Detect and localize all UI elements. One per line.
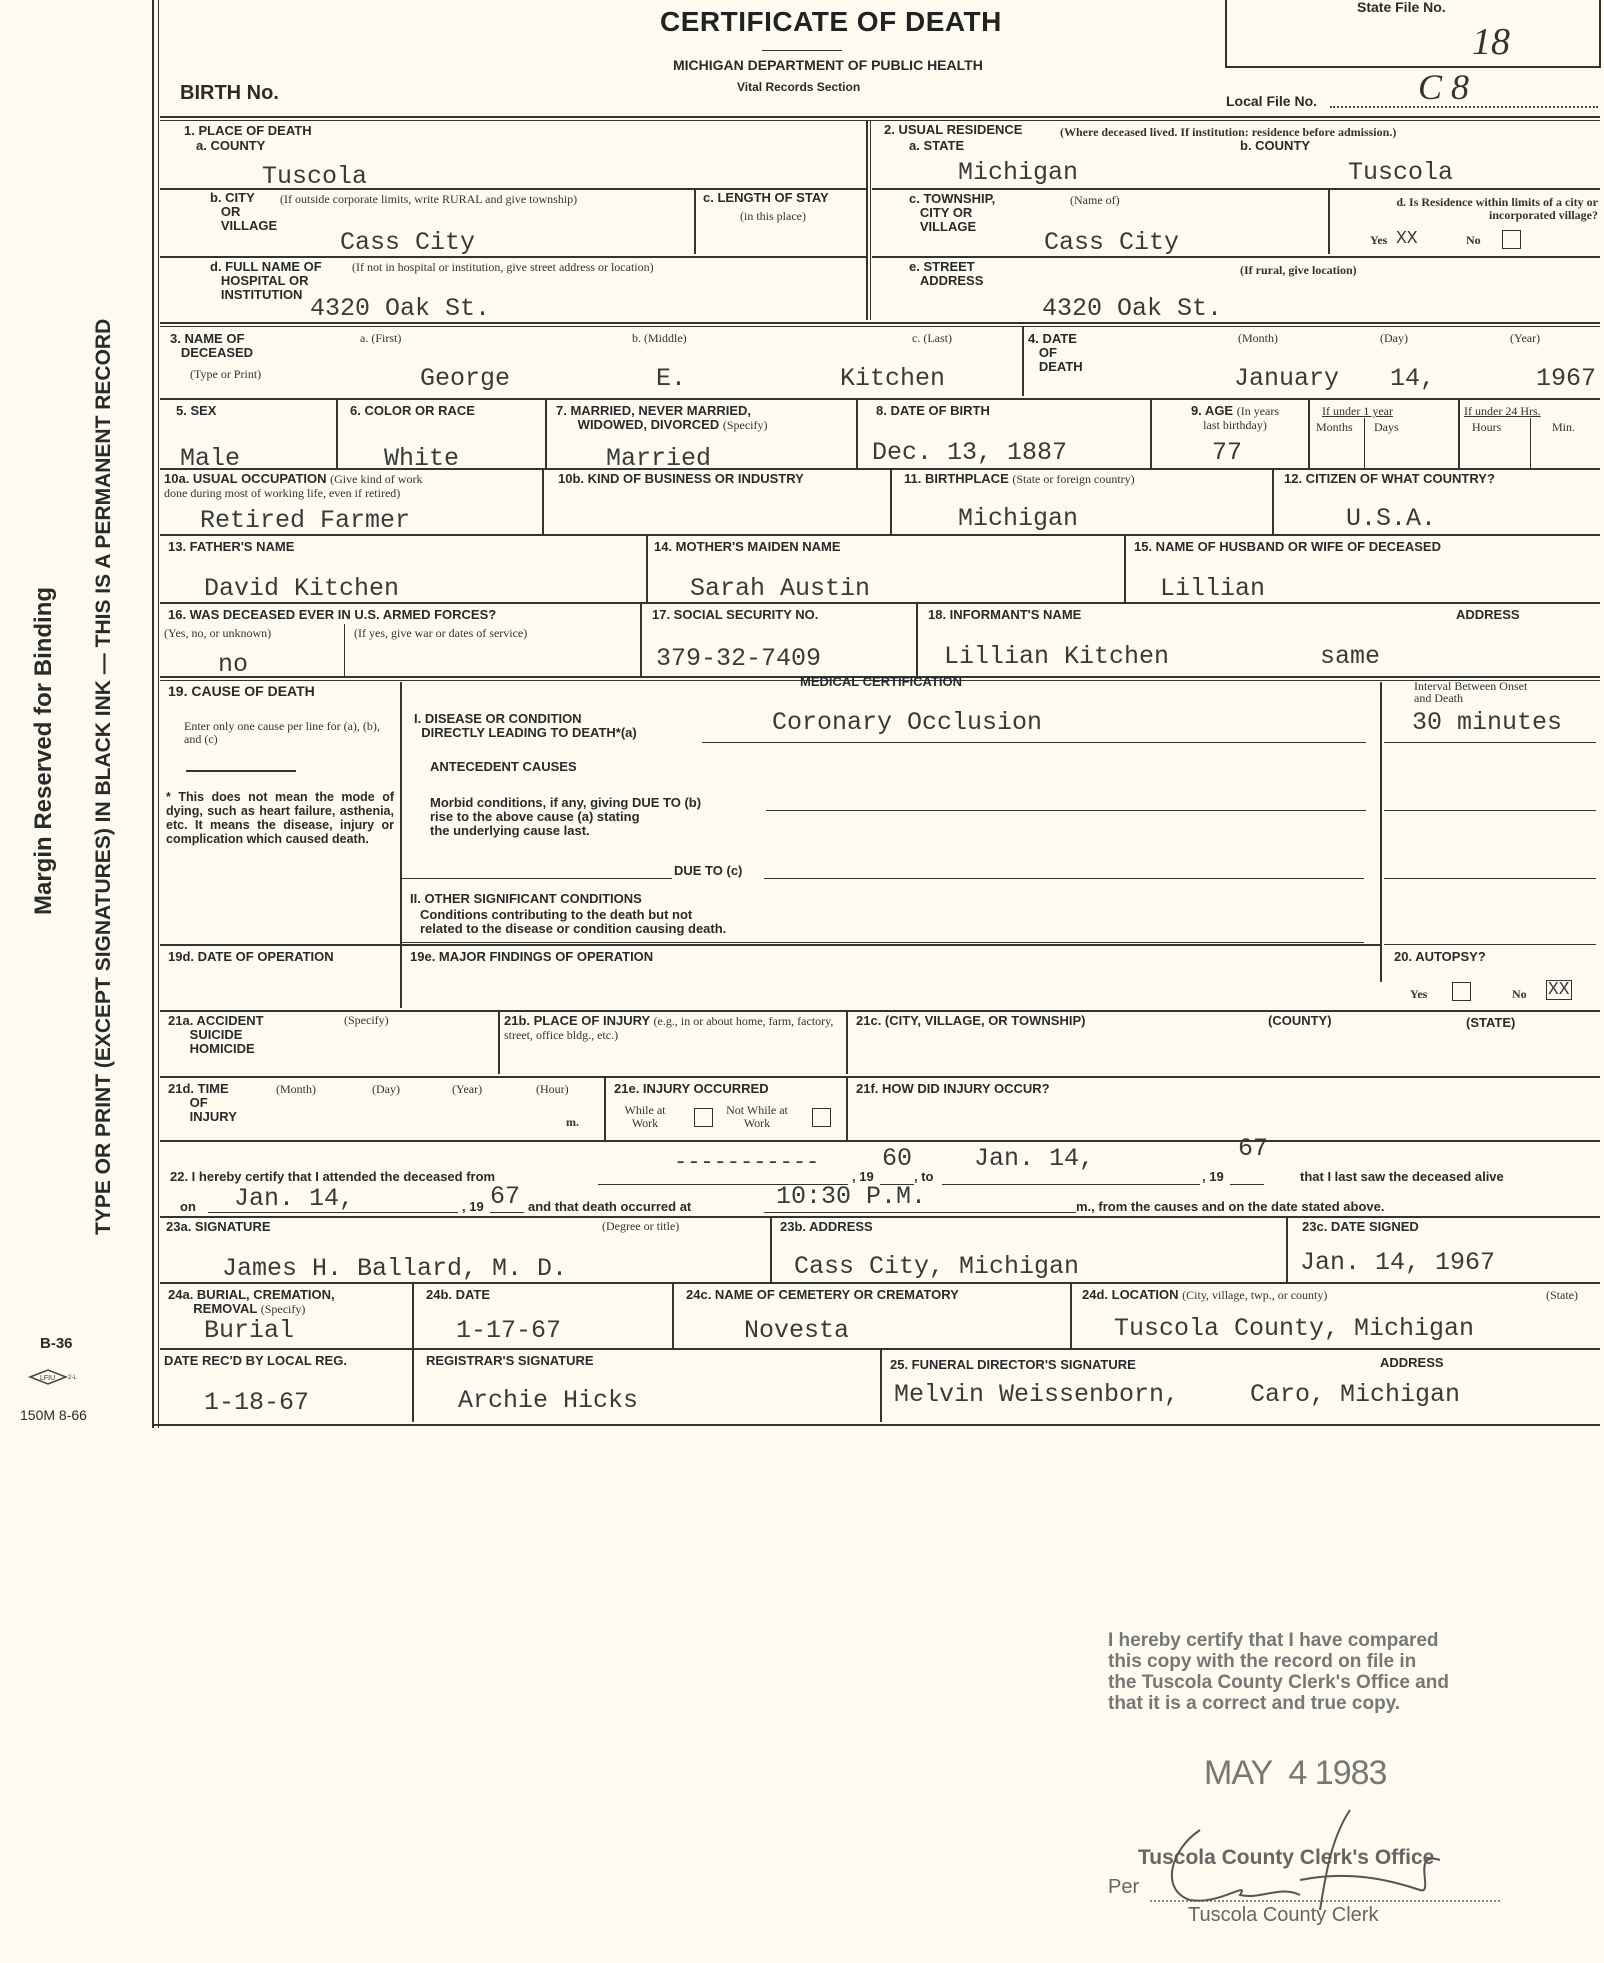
occupation-value[interactable]: Retired Farmer: [200, 508, 410, 534]
res-county-value[interactable]: Tuscola: [1348, 160, 1453, 186]
signature-label: 23a. SIGNATURE: [166, 1220, 271, 1234]
res-street-value[interactable]: 4320 Oak St.: [1042, 296, 1222, 322]
father-value[interactable]: David Kitchen: [204, 576, 399, 602]
date-signed-label: 23c. DATE SIGNED: [1302, 1220, 1419, 1234]
res-township-label: c. TOWNSHIP, CITY OR VILLAGE: [909, 192, 1019, 234]
attended-statement: 22. I hereby certify that I attended the…: [170, 1170, 495, 1184]
date-received-value[interactable]: 1-18-67: [204, 1390, 309, 1416]
attended-to-year[interactable]: 67: [1238, 1136, 1268, 1162]
usual-residence-label: 2. USUAL RESIDENCE: [884, 123, 1022, 137]
dod-day-label: (Day): [1380, 332, 1408, 345]
res-county-label: b. COUNTY: [1240, 139, 1310, 153]
death-city-label: b. CITY OR VILLAGE: [210, 191, 270, 233]
cemetery-value[interactable]: Novesta: [744, 1318, 849, 1344]
svg-text:LFIU: LFIU: [40, 1375, 55, 1382]
nineteen-last: , 19: [462, 1200, 484, 1214]
county-label: a. COUNTY: [196, 139, 265, 153]
citizen-label: 12. CITIZEN OF WHAT COUNTRY?: [1284, 472, 1495, 486]
res-street-label: e. STREET ADDRESS: [909, 260, 1019, 288]
location-value[interactable]: Tuscola County, Michigan: [1114, 1316, 1474, 1342]
union-label-icon: LFIU2-L: [28, 1367, 78, 1387]
race-label: 6. COLOR OR RACE: [350, 404, 475, 418]
months-label: Months: [1316, 421, 1353, 434]
dob-label: 8. DATE OF BIRTH: [876, 404, 990, 418]
dod-month-value[interactable]: January: [1234, 366, 1339, 392]
medical-certification-heading: MEDICAL CERTIFICATION: [800, 675, 962, 689]
not-while-at-work-checkbox[interactable]: [812, 1108, 831, 1127]
death-city-value[interactable]: Cass City: [340, 230, 475, 256]
injury-county-label: (COUNTY): [1268, 1014, 1332, 1028]
spouse-label: 15. NAME OF HUSBAND OR WIFE OF DECEASED: [1134, 540, 1441, 554]
injury-m-label: m.: [566, 1116, 579, 1129]
within-limits-yes-label: Yes: [1370, 234, 1387, 247]
under-24-label: If under 24 Hrs.: [1464, 405, 1541, 418]
injury-hour-label: (Hour): [536, 1083, 569, 1096]
location-label: 24d. LOCATION (City, village, twp., or c…: [1082, 1288, 1327, 1302]
date-signed-value[interactable]: Jan. 14, 1967: [1300, 1250, 1495, 1276]
print-run: 150M 8-66: [20, 1408, 87, 1422]
res-township-note: (Name of): [1070, 194, 1120, 207]
age-value[interactable]: 77: [1212, 440, 1242, 466]
cause-of-death-label: 19. CAUSE OF DEATH: [168, 684, 315, 698]
first-name-label: a. (First): [360, 332, 401, 345]
funeral-director-value[interactable]: Melvin Weissenborn,: [894, 1382, 1179, 1408]
department-name: MICHIGAN DEPARTMENT OF PUBLIC HEALTH: [673, 58, 983, 72]
sex-label: 5. SEX: [176, 404, 216, 418]
dod-year-value[interactable]: 1967: [1536, 366, 1596, 392]
location-state-note: (State): [1546, 1289, 1578, 1302]
section-name: Vital Records Section: [737, 80, 860, 94]
last-seen-year[interactable]: 67: [490, 1184, 520, 1210]
injury-city-label: 21c. (CITY, VILLAGE, OR TOWNSHIP): [856, 1014, 1085, 1028]
mother-value[interactable]: Sarah Austin: [690, 576, 870, 602]
accident-label: 21a. ACCIDENT SUICIDE HOMICIDE: [168, 1014, 264, 1056]
death-city-note: (If outside corporate limits, write RURA…: [280, 193, 680, 206]
physician-address-label: 23b. ADDRESS: [780, 1220, 873, 1234]
while-at-work-checkbox[interactable]: [694, 1108, 713, 1127]
causes-statement: m., from the causes and on the date stat…: [1076, 1200, 1384, 1214]
days-label: Days: [1374, 421, 1399, 434]
degree-label: (Degree or title): [602, 1220, 679, 1233]
injury-state-label: (STATE): [1466, 1016, 1515, 1030]
death-time-value[interactable]: 10:30 P.M.: [776, 1184, 926, 1210]
dob-value[interactable]: Dec. 13, 1887: [872, 440, 1067, 466]
registrar-value[interactable]: Archie Hicks: [458, 1388, 638, 1414]
registrar-label: REGISTRAR'S SIGNATURE: [426, 1354, 594, 1368]
middle-name-label: b. (Middle): [632, 332, 687, 345]
date-received-label: DATE REC'D BY LOCAL REG.: [164, 1354, 347, 1368]
autopsy-label: 20. AUTOPSY?: [1394, 950, 1486, 964]
injury-occurred-label: 21e. INJURY OCCURRED: [614, 1082, 769, 1096]
last-saw-statement: that I last saw the deceased alive: [1300, 1170, 1504, 1184]
how-injury-label: 21f. HOW DID INJURY OCCUR?: [856, 1082, 1050, 1096]
state-file-label: State File No.: [1357, 0, 1446, 14]
due-to-c-label: DUE TO (c): [674, 864, 742, 878]
business-label: 10b. KIND OF BUSINESS OR INDUSTRY: [558, 472, 804, 486]
nineteen-to: , 19: [1202, 1170, 1224, 1184]
dod-month-label: (Month): [1238, 332, 1278, 345]
ssn-label: 17. SOCIAL SECURITY NO.: [652, 608, 818, 622]
antecedent-label: ANTECEDENT CAUSES: [430, 760, 577, 774]
cemetery-label: 24c. NAME OF CEMETERY OR CREMATORY: [686, 1288, 959, 1302]
attended-from-date[interactable]: -----------: [674, 1150, 819, 1176]
physician-address-value[interactable]: Cass City, Michigan: [794, 1254, 1079, 1280]
attended-from-year[interactable]: 60: [882, 1146, 912, 1172]
injury-place-label: 21b. PLACE OF INJURY (e.g., in or about …: [504, 1014, 844, 1042]
cause-footnote: * This does not mean the mode of dying, …: [166, 790, 394, 846]
under-year-label: If under 1 year: [1322, 405, 1393, 418]
cause-a-value[interactable]: Coronary Occlusion: [772, 710, 1042, 736]
injury-month-label: (Month): [276, 1083, 316, 1096]
autopsy-yes-label: Yes: [1410, 988, 1427, 1001]
injury-time-label: 21d. TIME OF INJURY: [168, 1082, 237, 1124]
other-conditions-label: II. OTHER SIGNIFICANT CONDITIONS: [410, 892, 642, 906]
marital-label: 7. MARRIED, NEVER MARRIED, WIDOWED, DIVO…: [556, 404, 856, 432]
place-of-death-label: 1. PLACE OF DEATH: [184, 124, 312, 138]
informant-value[interactable]: Lillian Kitchen: [944, 644, 1169, 670]
armed-forces-note2: (If yes, give war or dates of service): [354, 627, 527, 640]
deceased-name-label: 3. NAME OF DECEASED: [170, 332, 280, 360]
father-label: 13. FATHER'S NAME: [168, 540, 294, 554]
birthplace-value[interactable]: Michigan: [958, 506, 1078, 532]
birth-no-label: BIRTH No.: [180, 82, 279, 104]
document-title: CERTIFICATE OF DEATH: [660, 6, 1002, 38]
burial-label: 24a. BURIAL, CREMATION, REMOVAL (Specify…: [168, 1288, 408, 1316]
within-limits-label: d. Is Residence within limits of a city …: [1336, 196, 1598, 222]
interval-a-value[interactable]: 30 minutes: [1412, 710, 1562, 736]
informant-address-label: ADDRESS: [1456, 608, 1520, 622]
not-while-at-work-label: Not While at Work: [722, 1104, 792, 1130]
informant-label: 18. INFORMANT'S NAME: [928, 608, 1081, 622]
first-name-value[interactable]: George: [420, 366, 510, 392]
usual-residence-note: (Where deceased lived. If institution: r…: [1060, 126, 1396, 139]
length-of-stay-label: c. LENGTH OF STAY: [703, 191, 863, 205]
burial-date-value[interactable]: 1-17-67: [456, 1318, 561, 1344]
informant-address-value[interactable]: same: [1320, 644, 1380, 670]
dod-year-label: (Year): [1510, 332, 1540, 345]
injury-year-label: (Year): [452, 1083, 482, 1096]
while-at-work-label: While at Work: [616, 1104, 674, 1130]
per-label: Per: [1108, 1876, 1139, 1899]
armed-forces-value[interactable]: no: [218, 652, 248, 678]
funeral-director-label: 25. FUNERAL DIRECTOR'S SIGNATURE: [890, 1358, 1136, 1372]
age-label: 9. AGE (In yearslast birthday): [1160, 404, 1310, 432]
date-of-death-label: 4. DATE OF DEATH: [1028, 332, 1088, 374]
death-occurred-statement: and that death occurred at: [528, 1200, 691, 1214]
hospital-note: (If not in hospital or institution, give…: [352, 261, 654, 274]
hospital-value[interactable]: 4320 Oak St.: [310, 296, 490, 322]
min-label: Min.: [1552, 421, 1575, 434]
last-seen-date[interactable]: Jan. 14,: [234, 1186, 354, 1212]
citizen-value[interactable]: U.S.A.: [1346, 506, 1436, 532]
physician-signature[interactable]: James H. Ballard, M. D.: [222, 1256, 567, 1282]
occupation-label: 10a. USUAL OCCUPATION (Give kind of work…: [164, 472, 544, 500]
armed-forces-note1: (Yes, no, or unknown): [164, 627, 271, 640]
type-or-print-note: (Type or Print): [190, 368, 261, 381]
within-limits-no-label: No: [1466, 234, 1481, 247]
funeral-address-value[interactable]: Caro, Michigan: [1250, 1382, 1460, 1408]
burial-date-label: 24b. DATE: [426, 1288, 490, 1302]
svg-text:2-L: 2-L: [68, 1375, 77, 1381]
ink-instruction: TYPE OR PRINT (EXCEPT SIGNATURES) IN BLA…: [92, 319, 116, 1235]
state-file-number[interactable]: 18: [1472, 20, 1510, 64]
mother-label: 14. MOTHER'S MAIDEN NAME: [654, 540, 841, 554]
injury-day-label: (Day): [372, 1083, 400, 1096]
on-label: on: [180, 1200, 196, 1214]
binding-margin-note: Margin Reserved for Binding: [30, 587, 58, 915]
burial-value[interactable]: Burial: [204, 1318, 294, 1344]
spouse-value[interactable]: Lillian: [1160, 576, 1265, 602]
death-county-value[interactable]: Tuscola: [262, 164, 367, 190]
autopsy-no-label: No: [1512, 988, 1527, 1001]
length-of-stay-note: (in this place): [740, 210, 806, 223]
autopsy-yes-checkbox[interactable]: [1452, 982, 1471, 1001]
county-clerk-title: Tuscola County Clerk: [1188, 1904, 1378, 1927]
hours-label: Hours: [1472, 421, 1501, 434]
dod-day-value[interactable]: 14,: [1390, 366, 1435, 392]
res-state-value[interactable]: Michigan: [958, 160, 1078, 186]
last-name-label: c. (Last): [912, 332, 952, 345]
res-street-note: (If rural, give location): [1240, 264, 1357, 277]
res-township-value[interactable]: Cass City: [1044, 230, 1179, 256]
certified-copy-statement: I hereby certify that I have compared th…: [1108, 1630, 1508, 1714]
ssn-value[interactable]: 379-32-7409: [656, 646, 821, 672]
within-limits-no-checkbox[interactable]: [1502, 230, 1521, 249]
autopsy-no-checkbox[interactable]: XX: [1546, 980, 1572, 1000]
cause-instructions: Enter only one cause per line for (a), (…: [184, 720, 384, 746]
middle-name-value[interactable]: E.: [656, 366, 686, 392]
accident-specify-note: (Specify): [344, 1014, 389, 1027]
interval-label: Interval Between Onset and Death: [1414, 680, 1534, 704]
last-name-value[interactable]: Kitchen: [840, 366, 945, 392]
operation-date-label: 19d. DATE OF OPERATION: [168, 950, 334, 964]
armed-forces-label: 16. WAS DECEASED EVER IN U.S. ARMED FORC…: [168, 608, 496, 622]
within-limits-yes-checkbox[interactable]: XX: [1396, 226, 1418, 252]
birthplace-label: 11. BIRTHPLACE (State or foreign country…: [904, 472, 1135, 486]
local-file-number[interactable]: C 8: [1418, 66, 1469, 108]
state-file-box: State File No. 18: [1225, 0, 1601, 68]
clerk-signature[interactable]: [1150, 1800, 1450, 1910]
res-state-label: a. STATE: [909, 139, 964, 153]
attended-to-date[interactable]: Jan. 14,: [974, 1146, 1094, 1172]
disease-label: I. DISEASE OR CONDITION DIRECTLY LEADING…: [414, 712, 637, 740]
marital-note: (Specify): [723, 418, 768, 432]
certified-date-stamp: MAY 4 1983: [1204, 1754, 1386, 1793]
operation-findings-label: 19e. MAJOR FINDINGS OF OPERATION: [410, 950, 653, 964]
funeral-address-label: ADDRESS: [1380, 1356, 1444, 1370]
morbid-text: Morbid conditions, if any, giving DUE TO…: [430, 796, 790, 838]
other-conditions-note: Conditions contributing to the death but…: [420, 908, 726, 936]
local-file-label: Local File No.: [1226, 94, 1317, 108]
form-code: B-36: [40, 1337, 73, 1351]
